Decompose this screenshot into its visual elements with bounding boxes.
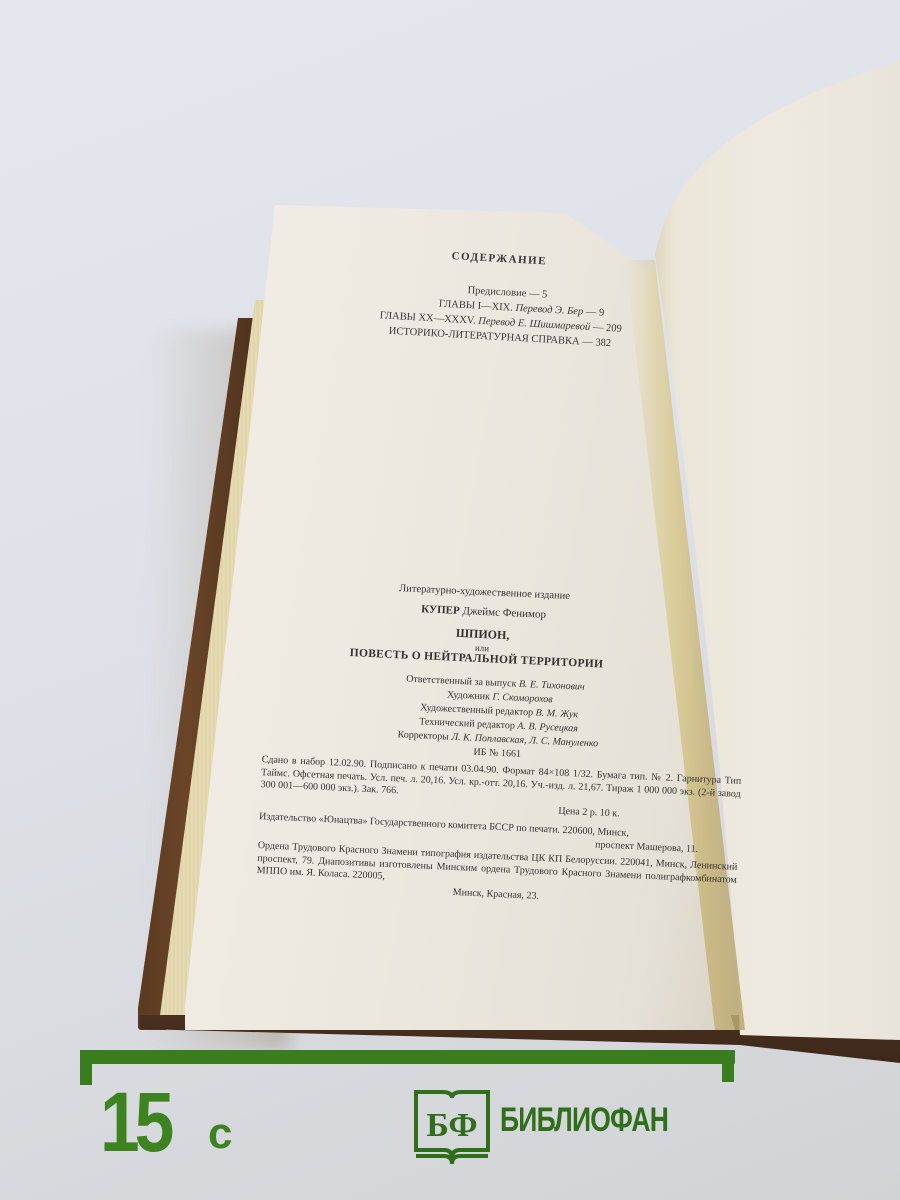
imprint-block: Литературно-художественное издание КУПЕР…	[271, 578, 725, 911]
watermark-price: 15	[100, 1080, 169, 1164]
svg-text:БФ: БФ	[426, 1107, 477, 1144]
open-book-logo-icon: БФ	[412, 1086, 492, 1166]
watermark-bar	[80, 1050, 735, 1064]
watermark-currency: с	[208, 1112, 232, 1156]
watermark-bracket-right	[722, 1050, 734, 1082]
watermark-bracket-left	[80, 1050, 92, 1085]
book-photo: СОДЕРЖАНИЕ Предисловие — 5 ГЛАВЫ I—XIX. …	[0, 0, 900, 1200]
watermark-brand: БИБЛИОФАН	[500, 1103, 668, 1137]
